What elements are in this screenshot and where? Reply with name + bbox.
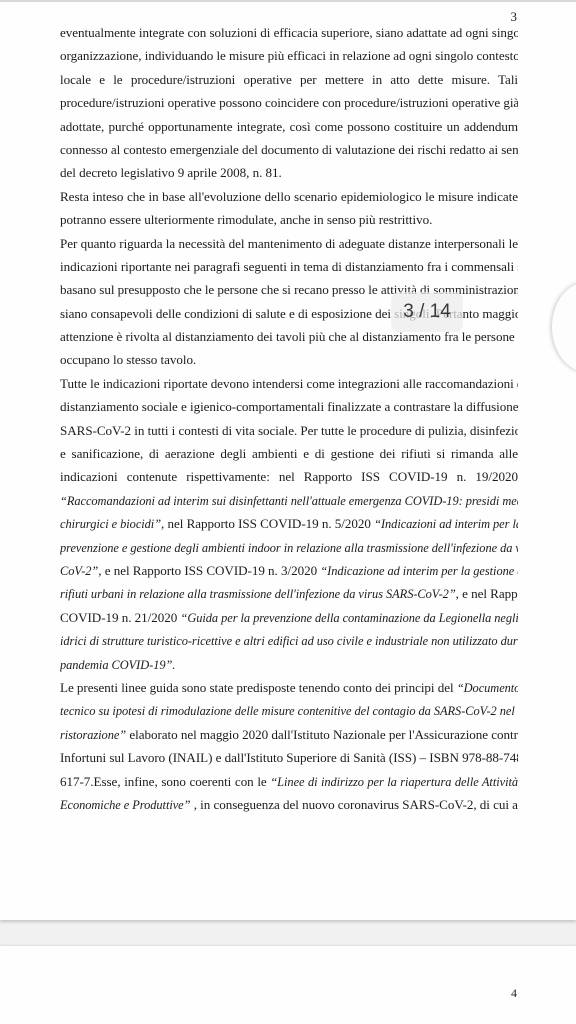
document-body-text: eventualmente integrate con soluzioni di… [60,21,518,816]
text-line: rifiuti urbani in relazione alla trasmis… [60,582,518,605]
text-line: Le presenti linee guida sono state predi… [60,676,518,699]
text-line: Per quanto riguarda la necessità del man… [60,232,518,255]
text-line: CoV-2”, e nel Rapporto ISS COVID-19 n. 3… [60,559,518,582]
text-line: chirurgici e biocidi”, nel Rapporto ISS … [60,512,518,535]
pdf-viewer[interactable]: 3 eventualmente integrate con soluzioni … [0,0,576,1024]
text-line: connesso al contesto emergenziale del do… [60,138,518,161]
text-line: eventualmente integrate con soluzioni di… [60,21,518,44]
page-4: 4 [0,946,576,1024]
text-line: locale e le procedure/istruzioni operati… [60,68,518,91]
text-line: potranno essere ulteriormente rimodulate… [60,208,518,231]
text-line: idrici di strutture turistico-ricettive … [60,629,518,652]
text-line: distanziamento sociale e igienico-compor… [60,395,518,418]
text-line: SARS-CoV-2 in tutti i contesti di vita s… [60,419,518,442]
text-line: indicazioni riportante nei paragrafi seg… [60,255,518,278]
text-line: COVID-19 n. 21/2020 “Guida per la preven… [60,606,518,629]
text-line: “Raccomandazioni ad interim sui disinfet… [60,489,518,512]
text-line: e sanificazione, di aerazione degli ambi… [60,442,518,465]
text-line: procedure/istruzioni operative possono c… [60,91,518,114]
text-line: occupano lo stesso tavolo. [60,348,518,371]
text-line: pandemia COVID-19”. [60,653,518,676]
page-number: 4 [511,986,517,1001]
text-line: organizzazione, individuando le misure p… [60,44,518,67]
text-line: ristorazione” elaborato nel maggio 2020 … [60,723,518,746]
text-line: del decreto legislativo 9 aprile 2008, n… [60,161,518,184]
text-line: Resta inteso che in base all'evoluzione … [60,185,518,208]
text-line: prevenzione e gestione degli ambienti in… [60,536,518,559]
text-line: indicazioni contenute rispettivamente: n… [60,465,518,488]
text-line: adottate, purché opportunamente integrat… [60,115,518,138]
text-line: tecnico su ipotesi di rimodulazione dell… [60,699,518,722]
text-line: Tutte le indicazioni riportate devono in… [60,372,518,395]
text-line: 617-7.Esse, infine, sono coerenti con le… [60,770,518,793]
text-line: Infortuni sul Lavoro (INAIL) e dall'Isti… [60,746,518,769]
page-indicator: 3 / 14 [391,292,463,332]
text-line: Economiche e Produttive” , in conseguenz… [60,793,518,816]
page-3: 3 eventualmente integrate con soluzioni … [0,2,576,920]
